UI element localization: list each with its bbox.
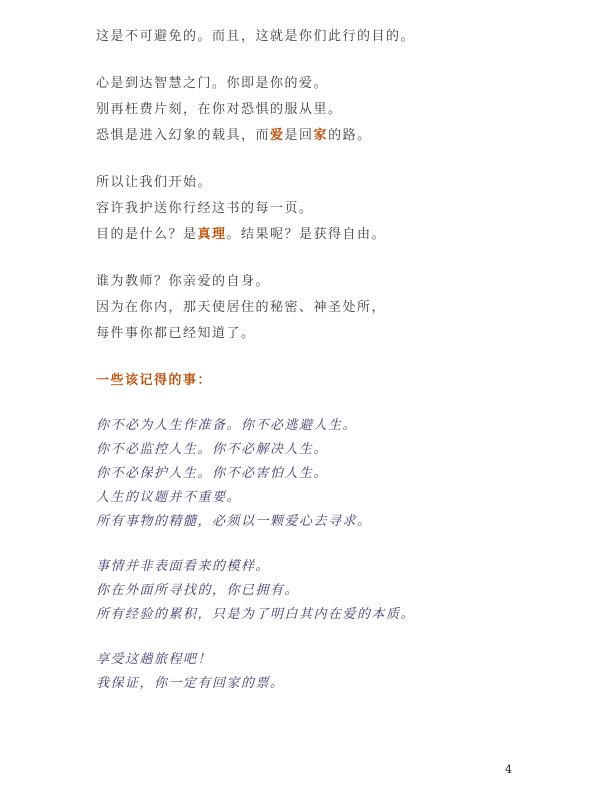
text-line: 恐惧是进入幻象的载具，而爱是回家的路。 (96, 123, 534, 149)
text-segment: 。结果呢？是获得自由。 (227, 227, 387, 242)
text-line: 事情并非表面看来的模样。 (96, 555, 534, 579)
text-segment: 所有经验的累积，只是为了明白其内在爱的本质。 (96, 607, 415, 622)
text-segment: 恐惧是进入幻象的载具，而 (96, 128, 270, 143)
text-line: 容许我护送你行经这书的每一页。 (96, 196, 534, 222)
text-segment: 每件事你都已经知道了。 (96, 326, 256, 341)
text-line: 所有事物的精髓，必须以一颗爱心去寻求。 (96, 510, 534, 534)
highlighted-text: 真理 (198, 227, 227, 242)
text-segment: 谁为教师？你亲爱的自身。 (96, 274, 270, 289)
text-segment: 所有事物的精髓，必须以一颗爱心去寻求。 (96, 514, 372, 529)
text-line: 谁为教师？你亲爱的自身。 (96, 269, 534, 295)
paragraph: 谁为教师？你亲爱的自身。因为在你内，那天使居住的秘密、神圣处所，每件事你都已经知… (96, 269, 534, 347)
text-segment: 的路。 (328, 128, 372, 143)
document-page: 这是不可避免的。而且，这就是你们此行的目的。心是到达智慧之门。你即是你的爱。别再… (0, 0, 594, 802)
text-line: 别再枉费片刻，在你对恐惧的服从里。 (96, 97, 534, 123)
text-line: 所以让我们开始。 (96, 170, 534, 196)
text-line: 人生的议题并不重要。 (96, 486, 534, 510)
text-segment: 你不必保护人生。你不必害怕人生。 (96, 466, 328, 481)
text-line: 目的是什么？是真理。结果呢？是获得自由。 (96, 222, 534, 248)
text-segment: 别再枉费片刻，在你对恐惧的服从里。 (96, 102, 343, 117)
paragraph: 所以让我们开始。容许我护送你行经这书的每一页。目的是什么？是真理。结果呢？是获得… (96, 170, 534, 248)
text-segment: 是回 (285, 128, 314, 143)
text-line: 你不必为人生作准备。你不必逃避人生。 (96, 414, 534, 438)
section-heading: 一些该记得的事： (96, 368, 534, 394)
text-line: 享受这趟旅程吧！ (96, 648, 534, 672)
text-segment: 享受这趟旅程吧！ (96, 652, 212, 667)
text-segment: 所以让我们开始。 (96, 175, 212, 190)
text-segment: 这是不可避免的。而且，这就是你们此行的目的。 (96, 29, 415, 44)
highlighted-text: 家 (314, 128, 329, 143)
text-line: 每件事你都已经知道了。 (96, 321, 534, 347)
text-line: 因为在你内，那天使居住的秘密、神圣处所， (96, 295, 534, 321)
text-line: 我保证，你一定有回家的票。 (96, 672, 534, 696)
text-segment: 你不必监控人生。你不必解决人生。 (96, 442, 328, 457)
text-line: 这是不可避免的。而且，这就是你们此行的目的。 (96, 24, 534, 50)
text-line: 心是到达智慧之门。你即是你的爱。 (96, 71, 534, 97)
text-segment: 一些该记得的事： (96, 373, 212, 388)
text-segment: 因为在你内，那天使居住的秘密、神圣处所， (96, 300, 386, 315)
paragraph: 事情并非表面看来的模样。你在外面所寻找的，你已拥有。所有经验的累积，只是为了明白… (96, 555, 534, 627)
text-segment: 事情并非表面看来的模样。 (96, 559, 270, 574)
highlighted-text: 爱 (270, 128, 285, 143)
text-segment: 你在外面所寻找的，你已拥有。 (96, 583, 299, 598)
text-segment: 我保证，你一定有回家的票。 (96, 676, 285, 691)
document-content: 这是不可避免的。而且，这就是你们此行的目的。心是到达智慧之门。你即是你的爱。别再… (96, 24, 534, 696)
text-segment: 你不必为人生作准备。你不必逃避人生。 (96, 418, 357, 433)
paragraph: 享受这趟旅程吧！我保证，你一定有回家的票。 (96, 648, 534, 696)
text-line: 一些该记得的事： (96, 368, 534, 394)
paragraph: 心是到达智慧之门。你即是你的爱。别再枉费片刻，在你对恐惧的服从里。恐惧是进入幻象… (96, 71, 534, 149)
text-segment: 容许我护送你行经这书的每一页。 (96, 201, 314, 216)
paragraph: 这是不可避免的。而且，这就是你们此行的目的。 (96, 24, 534, 50)
text-line: 你在外面所寻找的，你已拥有。 (96, 579, 534, 603)
text-segment: 目的是什么？是 (96, 227, 198, 242)
page-number: 4 (505, 763, 512, 776)
text-line: 你不必监控人生。你不必解决人生。 (96, 438, 534, 462)
text-segment: 人生的议题并不重要。 (96, 490, 241, 505)
text-segment: 心是到达智慧之门。你即是你的爱。 (96, 76, 328, 91)
text-line: 你不必保护人生。你不必害怕人生。 (96, 462, 534, 486)
text-line: 所有经验的累积，只是为了明白其内在爱的本质。 (96, 603, 534, 627)
paragraph: 你不必为人生作准备。你不必逃避人生。你不必监控人生。你不必解决人生。你不必保护人… (96, 414, 534, 534)
